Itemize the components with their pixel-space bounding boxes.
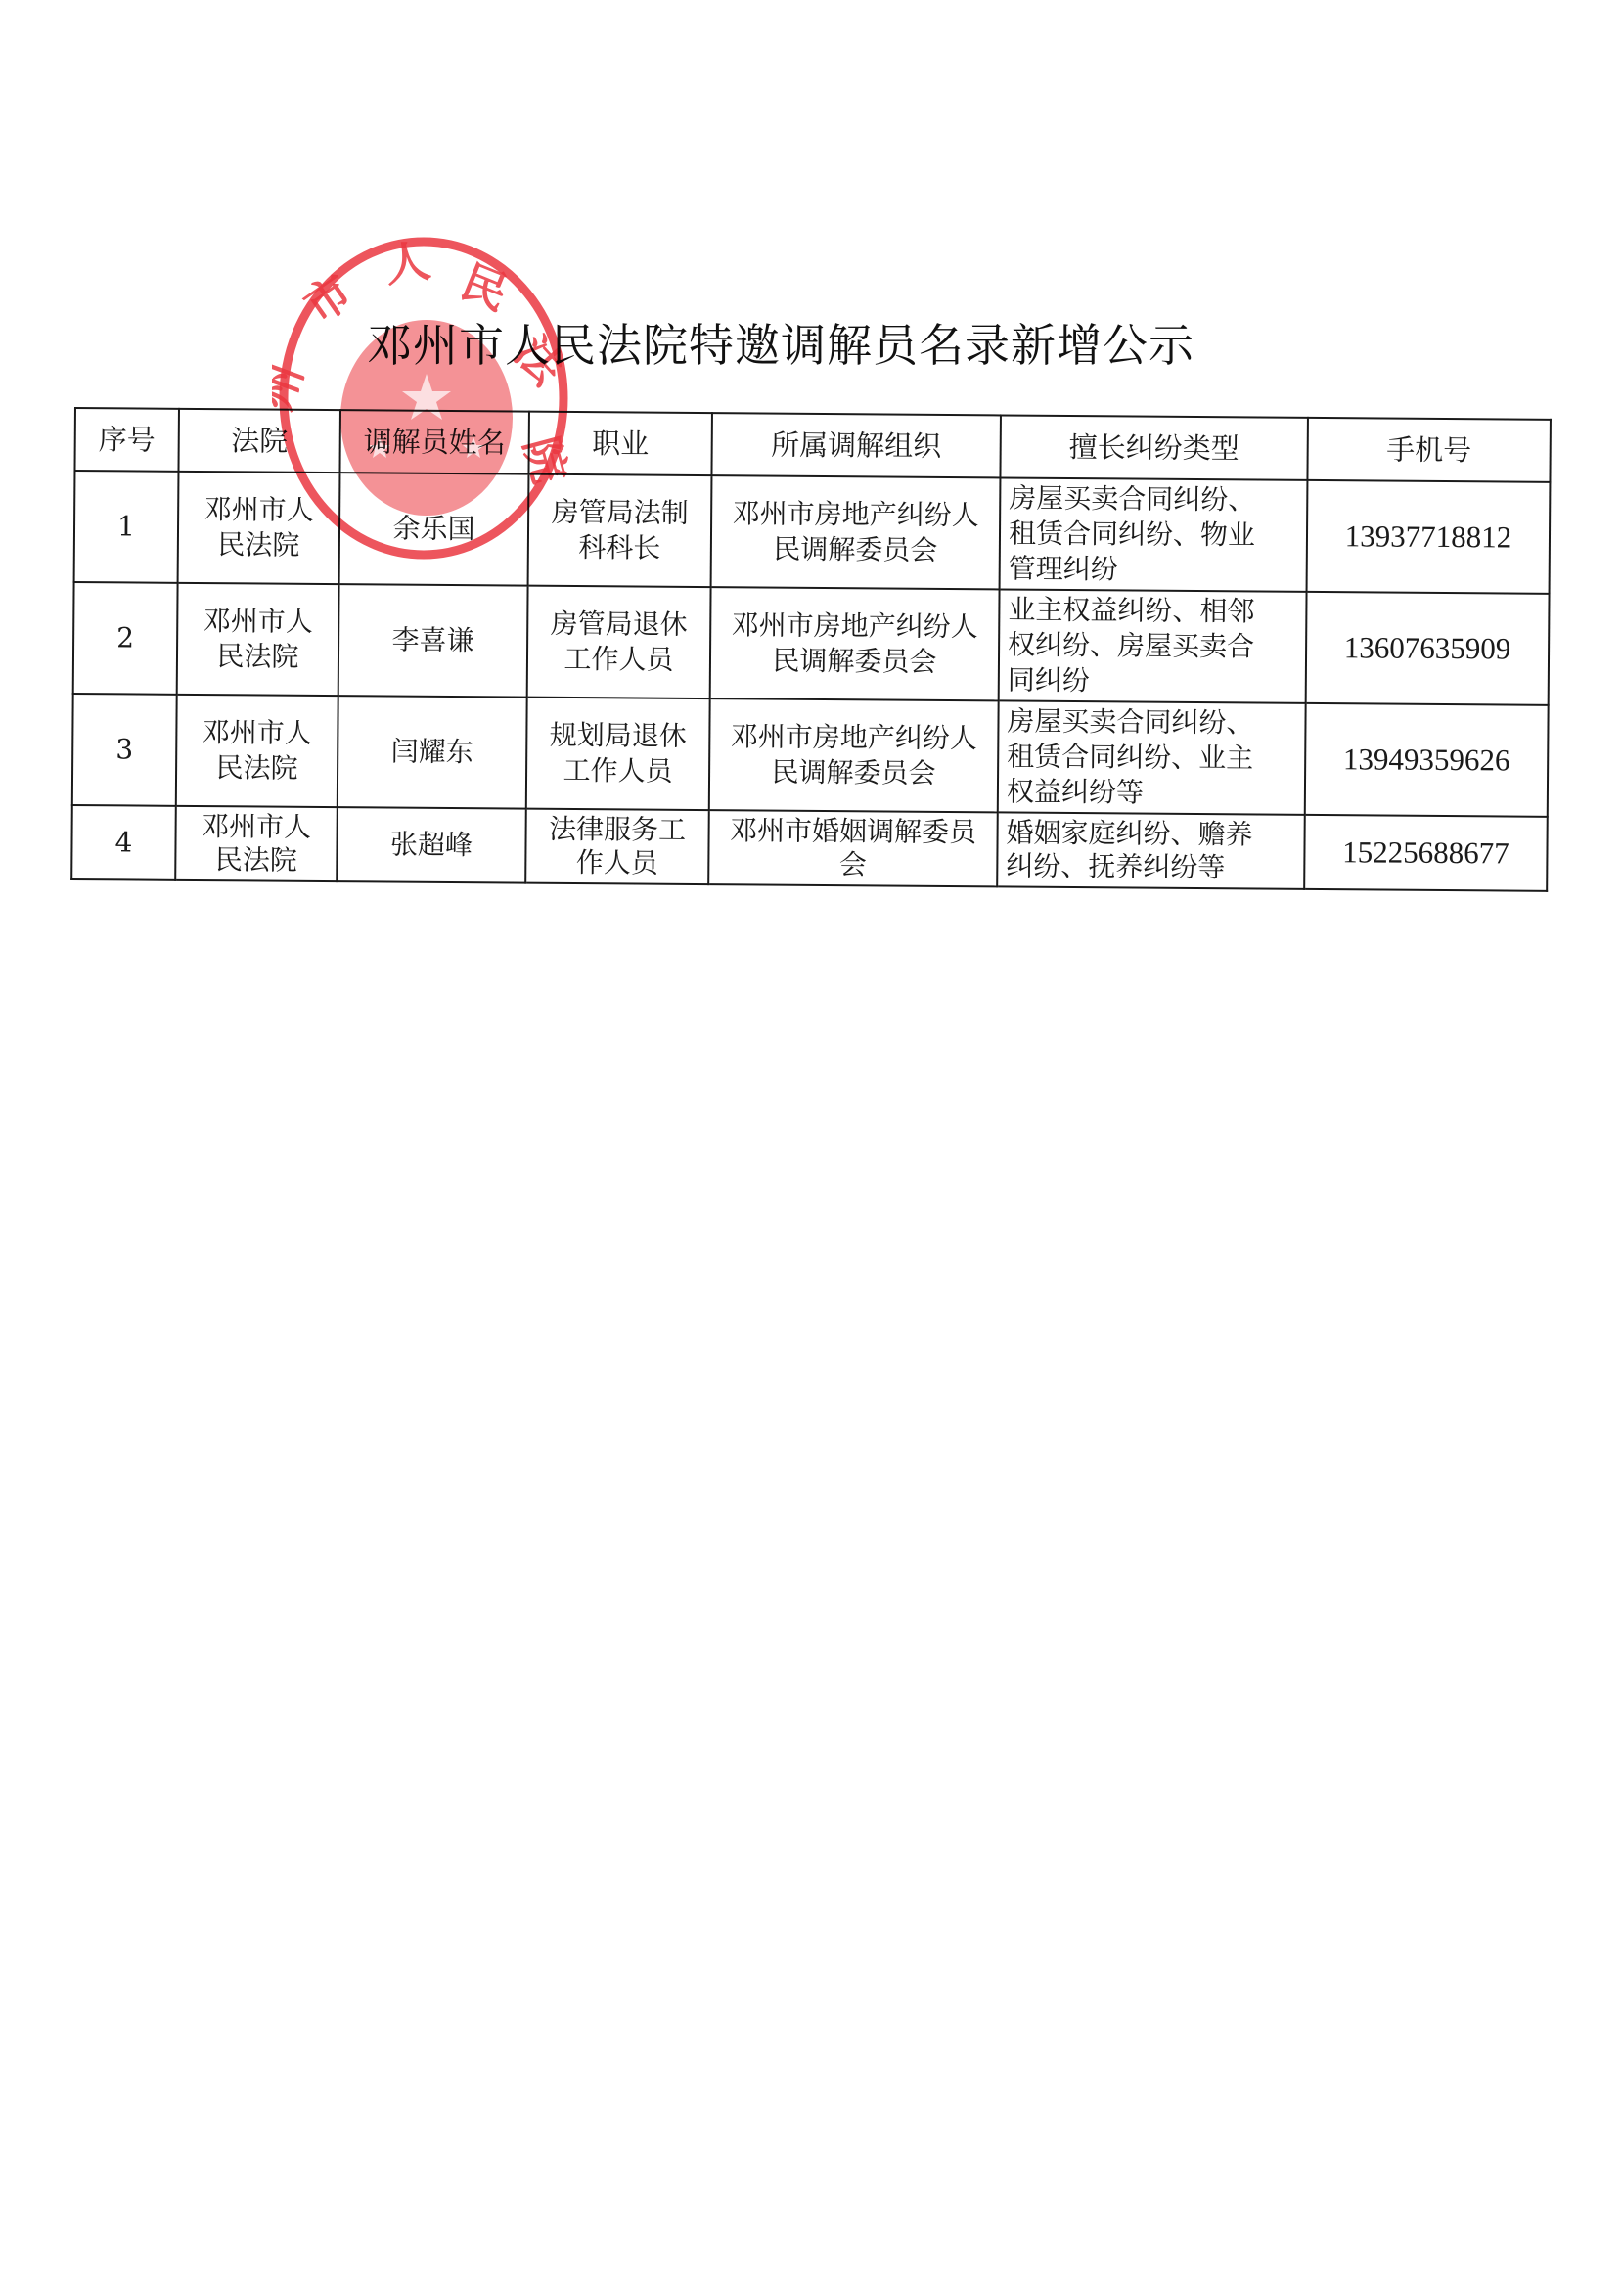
header-organization: 所属调解组织 [711,413,1000,477]
cell-specialty: 婚姻家庭纠纷、赡养 纠纷、抚养纠纷等 [997,812,1305,888]
table-row: 4 邓州市人 民法院 张超峰 法律服务工 作人员 邓州市婚姻调解委员 会 婚姻家… [71,805,1548,891]
cell-occupation: 房管局法制 科科长 [528,474,712,587]
mediator-roster-table: 序号 法院 调解员姓名 职业 所属调解组织 擅长纠纷类型 手机号 1 邓州市人 … [70,407,1552,892]
svg-text:州: 州 [272,356,313,417]
cell-mediator-name: 李喜谦 [338,584,528,698]
cell-index: 3 [72,694,177,806]
cell-specialty: 房屋买卖合同纠纷、 租赁合同纠纷、物业 管理纠纷 [1000,477,1308,591]
cell-mediator-name: 闫耀东 [338,696,527,809]
header-phone: 手机号 [1307,418,1550,482]
cell-court: 邓州市人 民法院 [175,806,338,881]
cell-court: 邓州市人 民法院 [178,472,340,584]
header-occupation: 职业 [528,412,711,475]
table-row: 2 邓州市人 民法院 李喜谦 房管局退休 工作人员 邓州市房地产纠纷人 民调解委… [73,582,1550,705]
document-title: 邓州市人民法院特邀调解员名录新增公示 [367,311,1306,380]
cell-specialty: 业主权益纠纷、相邻 权纠纷、房屋买卖合 同纠纷 [999,589,1307,702]
cell-occupation: 规划局退休 工作人员 [526,698,710,810]
header-court: 法院 [178,409,339,473]
header-mediator-name: 调解员姓名 [339,410,528,474]
cell-occupation: 房管局退休 工作人员 [527,586,711,698]
header-specialty: 擅长纠纷类型 [1000,415,1307,479]
document-page: 邓州市人民法院特邀调解员名录新增公示 市 人 民 法 州 院 [0,0,1622,2296]
svg-text:人: 人 [382,234,433,293]
cell-phone: 13937718812 [1307,480,1551,594]
cell-organization: 邓州市房地产纠纷人 民调解委员会 [710,587,1000,700]
cell-organization: 邓州市婚姻调解委员 会 [708,810,998,886]
cell-organization: 邓州市房地产纠纷人 民调解委员会 [709,698,999,812]
cell-organization: 邓州市房地产纠纷人 民调解委员会 [711,475,1001,589]
cell-court: 邓州市人 民法院 [176,695,338,807]
cell-index: 1 [74,471,179,583]
cell-mediator-name: 余乐国 [339,473,529,586]
cell-specialty: 房屋买卖合同纠纷、 租赁合同纠纷、业主 权益纠纷等 [998,700,1306,814]
cell-phone: 15225688677 [1304,815,1548,891]
cell-phone: 13949359626 [1305,703,1549,817]
table-header-row: 序号 法院 调解员姓名 职业 所属调解组织 擅长纠纷类型 手机号 [74,408,1550,482]
svg-text:市: 市 [294,264,362,334]
cell-index: 4 [71,805,176,880]
cell-mediator-name: 张超峰 [337,807,526,883]
table-row: 3 邓州市人 民法院 闫耀东 规划局退休 工作人员 邓州市房地产纠纷人 民调解委… [72,694,1549,817]
table-row: 1 邓州市人 民法院 余乐国 房管局法制 科科长 邓州市房地产纠纷人 民调解委员… [74,471,1551,594]
cell-occupation: 法律服务工 作人员 [525,809,709,884]
cell-court: 邓州市人 民法院 [177,583,339,696]
cell-index: 2 [73,582,178,695]
header-index: 序号 [74,408,178,472]
cell-phone: 13607635909 [1306,592,1550,705]
